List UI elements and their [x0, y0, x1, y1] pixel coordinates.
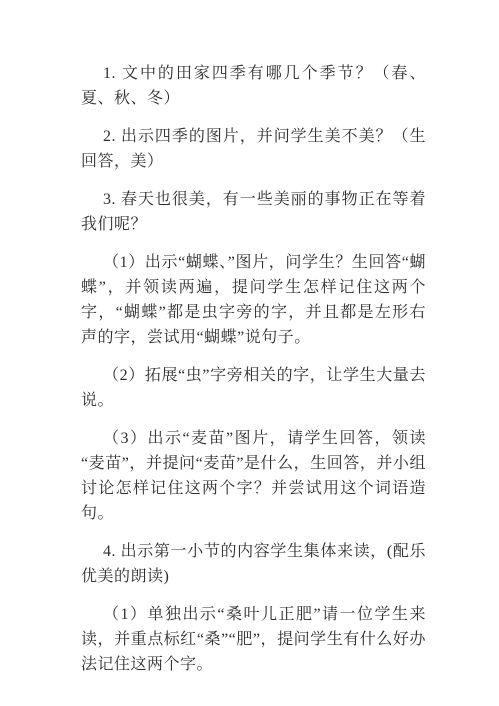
- lesson-plan-paragraph-list: 1. 文中的田家四季有哪几个季节？（春、夏、秋、冬）2. 出示四季的图片，并问学…: [81, 61, 426, 677]
- paragraph: 2. 出示四季的图片，并问学生美不美？（生回答，美）: [81, 124, 426, 174]
- paragraph: （1）出示“蝴蝶、”图片，问学生？生回答“蝴蝶”，并领读两遍，提问学生怎样记住这…: [81, 250, 426, 350]
- paragraph: （2）拓展“虫”字旁相关的字，让学生大量去说。: [81, 363, 426, 413]
- paragraph: （3）出示“麦苗”图片，请学生回答，领读“麦苗”，并提问“麦苗”是什么，生回答，…: [81, 426, 426, 526]
- paragraph: 3. 春天也很美，有一些美丽的事物正在等着我们呢？: [81, 187, 426, 237]
- paragraph: 1. 文中的田家四季有哪几个季节？（春、夏、秋、冬）: [81, 61, 426, 111]
- paragraph: （1）单独出示“桑叶儿正肥”请一位学生来读，并重点标红“桑”“肥”，提问学生有什…: [81, 602, 426, 677]
- document-page: 1. 文中的田家四季有哪几个季节？（春、夏、秋、冬）2. 出示四季的图片，并问学…: [0, 0, 499, 706]
- paragraph: 4. 出示第一小节的内容学生集体来读，(配乐优美的朗读): [81, 539, 426, 589]
